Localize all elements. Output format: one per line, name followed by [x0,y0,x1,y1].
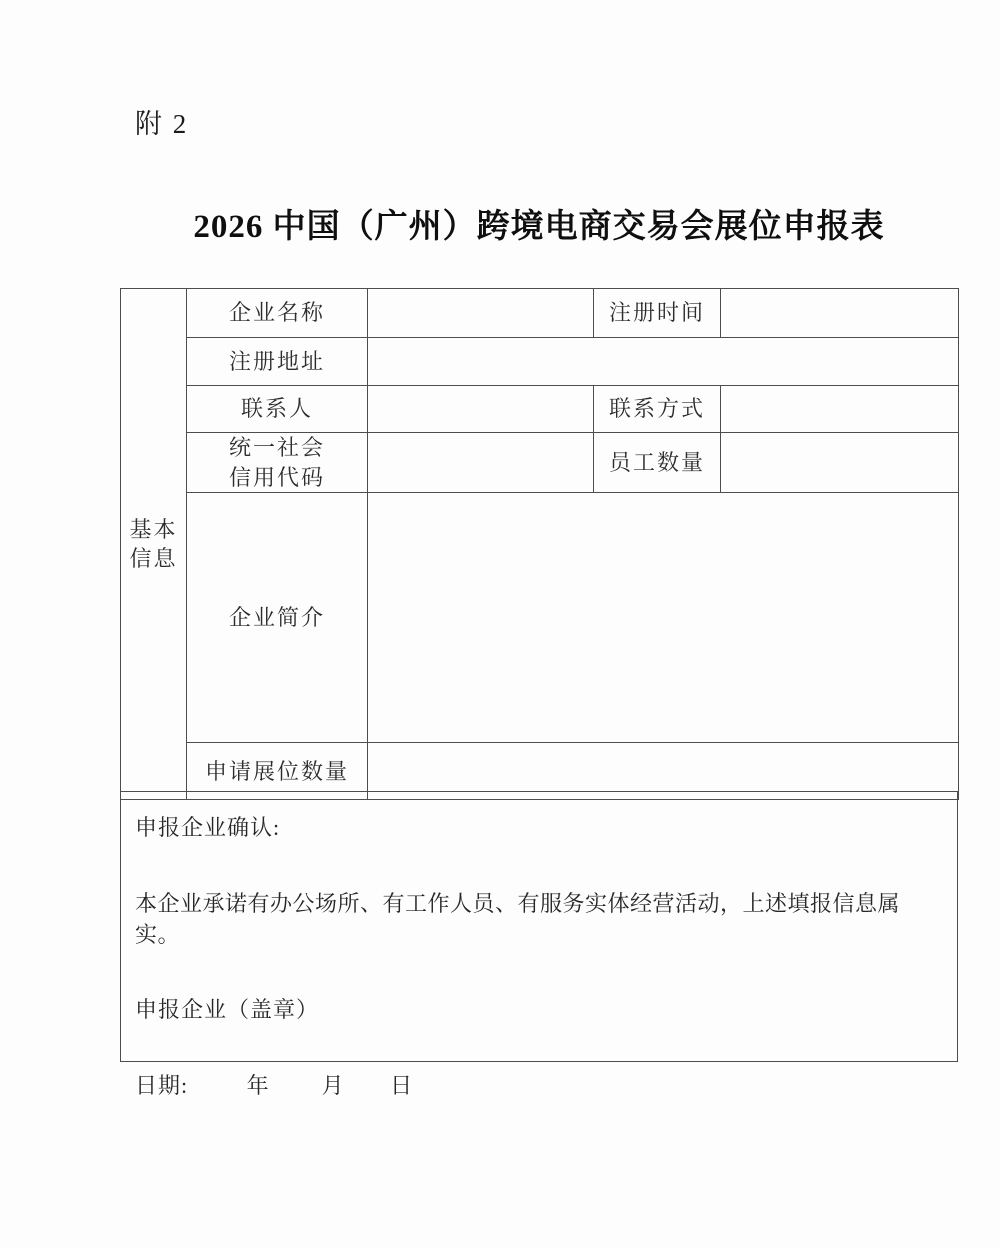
section-label-basic-info: 基本 信息 [121,289,187,800]
form-title: 2026 中国（广州）跨境电商交易会展位申报表 [120,200,958,247]
credit-code-field[interactable] [368,433,594,493]
company-name-field[interactable] [368,289,594,338]
contact-person-field[interactable] [368,386,594,433]
contact-method-label: 联系方式 [594,386,721,433]
employee-count-field[interactable] [721,433,959,493]
table-row: 联系人 联系方式 [121,386,959,433]
confirmation-section: 申报企业确认: 本企业承诺有办公场所、有工作人员、有服务实体经营活动，上述填报信… [120,791,958,1062]
contact-person-label: 联系人 [187,386,368,433]
table-row: 注册地址 [121,338,959,386]
table-row: 基本 信息 企业名称 注册时间 [121,289,959,338]
form-page: 附 2 2026 中国（广州）跨境电商交易会展位申报表 基本 信息 企业名称 注… [0,0,1000,1248]
date-line: 日期: 年 月 日 [135,1069,943,1100]
registration-time-field[interactable] [721,289,959,338]
company-profile-field[interactable] [368,493,959,743]
confirmation-statement: 本企业承诺有办公场所、有工作人员、有服务实体经营活动，上述填报信息属实。 [135,887,943,949]
registered-address-label: 注册地址 [187,338,368,386]
seal-line: 申报企业（盖章） [135,993,943,1024]
confirmation-heading: 申报企业确认: [135,811,943,842]
company-profile-label: 企业简介 [187,493,368,743]
registered-address-field[interactable] [368,338,959,386]
attachment-label: 附 2 [135,102,188,141]
employee-count-label: 员工数量 [594,433,721,493]
credit-code-label: 统一社会 信用代码 [187,433,368,493]
basic-info-table: 基本 信息 企业名称 注册时间 注册地址 联系人 联系方式 统一社会 信用代码 … [120,288,959,800]
table-row: 统一社会 信用代码 员工数量 [121,433,959,493]
company-name-label: 企业名称 [187,289,368,338]
registration-time-label: 注册时间 [594,289,721,338]
table-row: 企业简介 [121,493,959,743]
contact-method-field[interactable] [721,386,959,433]
